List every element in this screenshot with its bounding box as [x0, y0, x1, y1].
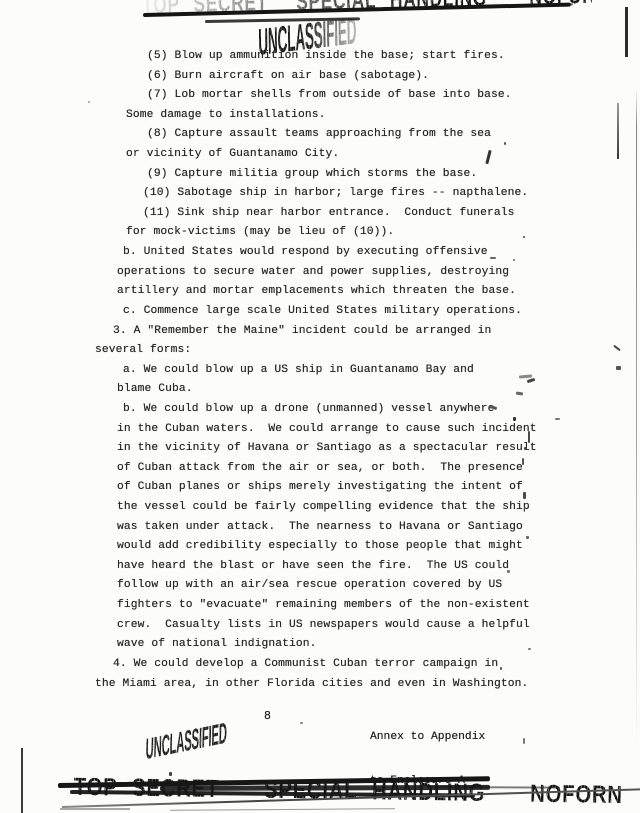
noise-speck [524, 507, 526, 509]
typed-line: wave of national indignation. [95, 635, 555, 655]
page-number: 8 [264, 710, 271, 723]
typed-line: a. We could blow up a US ship in Guantan… [95, 361, 555, 381]
typed-line: (7) Lob mortar shells from outside of ba… [95, 86, 555, 106]
typed-line: (5) Blow up ammunition inside the base; … [95, 47, 555, 67]
typed-line: of Cuban planes or ships merely investig… [95, 478, 555, 498]
unclassified-stamp-bottom: UNCLASSIFIED [145, 717, 227, 767]
noise-speck [555, 418, 560, 420]
typed-line: blame Cuba. [95, 380, 555, 400]
typed-line: would add credibility especially to thos… [95, 537, 555, 557]
noise-speck [513, 259, 515, 261]
typed-line: have heard the blast or have seen the fi… [95, 557, 555, 577]
noise-speck [523, 738, 525, 744]
scan-edge-mark-top-right [625, 7, 628, 57]
noise-speck [507, 570, 510, 573]
typed-line: c. Commence large scale United States mi… [95, 302, 555, 322]
noise-speck [528, 648, 531, 650]
typed-line: 3. A "Remember the Maine" incident could… [95, 322, 555, 342]
typed-line: in the Cuban waters. We could arrange to… [95, 420, 555, 440]
typed-line: (8) Capture assault teams approaching fr… [95, 125, 555, 145]
noise-speck [300, 722, 303, 724]
typed-line: follow up with an air/sea rescue operati… [95, 576, 555, 596]
typed-line: (10) Sabotage ship in harbor; large fire… [95, 184, 555, 204]
scan-mark-right [617, 103, 619, 159]
scan-edge-line-right [636, 88, 637, 748]
noise-speck [526, 536, 529, 539]
noise-speck [504, 142, 506, 145]
scanned-document-page: TOP SECRET SPECIAL HANDLING NOFORN UNCLA… [0, 0, 640, 813]
annex-line-1: Annex to Appendix [370, 730, 485, 745]
typed-line: (9) Capture militia group which storms t… [95, 165, 555, 185]
typed-line: crew. Casualty lists in US newspapers wo… [95, 616, 555, 636]
noise-speck [613, 345, 621, 352]
typed-line: Some damage to installations. [95, 106, 555, 126]
typed-line: of Cuban attack from the air or sea, or … [95, 459, 555, 479]
noise-speck [490, 257, 496, 259]
typed-line: operations to secure water and power sup… [95, 263, 555, 283]
noise-speck [88, 101, 90, 103]
noise-speck [524, 447, 527, 450]
noise-speck [169, 772, 172, 776]
typed-line: b. We could blow up a drone (unmanned) v… [95, 400, 555, 420]
noise-speck [500, 667, 502, 670]
typed-line: several forms: [95, 341, 555, 361]
typed-line: for mock-victims (may be lieu of (10)). [95, 223, 555, 243]
scan-smudge-line [60, 808, 130, 810]
noise-speck [513, 417, 516, 421]
noise-speck [522, 458, 524, 465]
typed-line: was taken under attack. The nearness to … [95, 518, 555, 538]
typed-line: the Miami area, in other Florida cities … [95, 675, 555, 695]
scan-edge-line-bottom-left [21, 748, 23, 813]
typed-line: the vessel could be fairly compelling ev… [95, 498, 555, 518]
typed-line: b. United States would respond by execut… [95, 243, 555, 263]
noise-speck [523, 492, 526, 499]
scan-smudge-line [170, 808, 395, 811]
typed-line: fighters to "evacuate" remaining members… [95, 596, 555, 616]
typed-line: in the vicinity of Havana or Santiago as… [95, 439, 555, 459]
typed-body-text: (5) Blow up ammunition inside the base; … [95, 47, 555, 694]
typed-line: (11) Sink ship near harbor entrance. Con… [95, 204, 555, 224]
noise-speck [528, 431, 530, 443]
typed-line: 4. We could develop a Communist Cuban te… [95, 655, 555, 675]
typed-line: (6) Burn aircraft on air base (sabotage)… [95, 67, 555, 87]
typed-line: artillery and mortar emplacements which … [95, 282, 555, 302]
noise-speck [523, 236, 525, 238]
noise-speck [616, 366, 621, 370]
